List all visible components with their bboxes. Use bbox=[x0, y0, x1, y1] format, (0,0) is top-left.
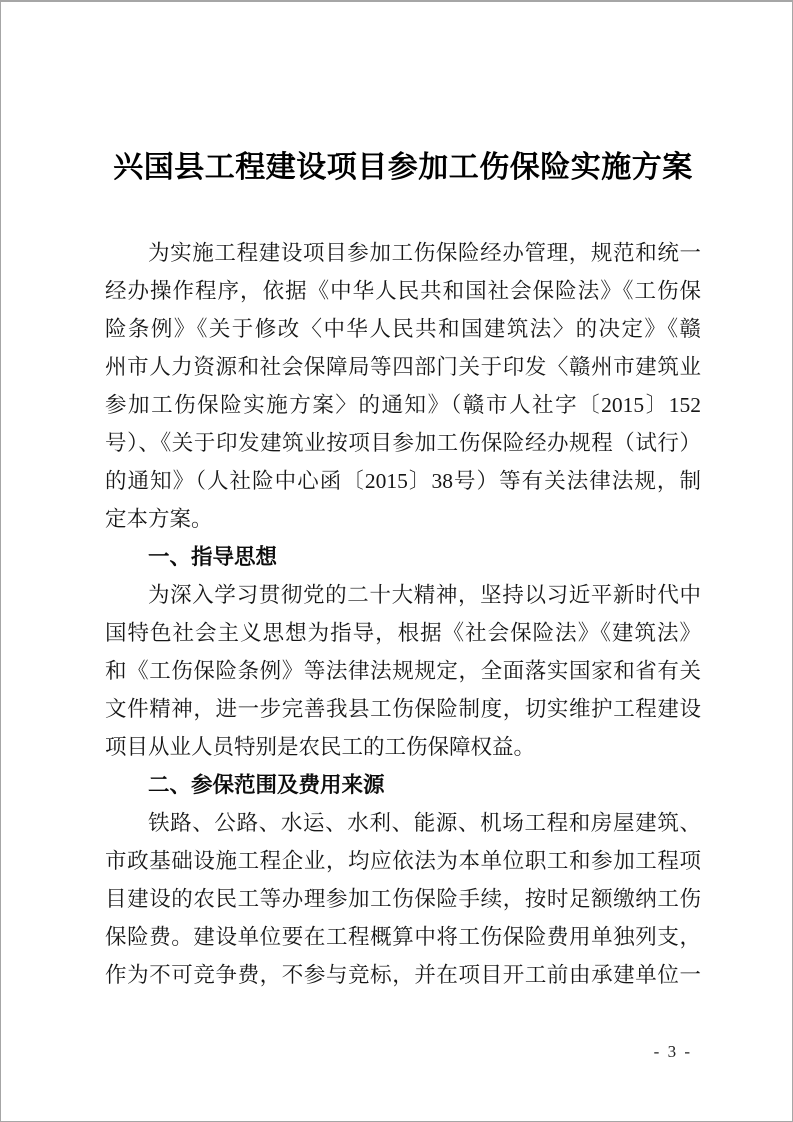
text-line: 为深入学习贯彻党的二十大精神，坚持以习近平新时代中 bbox=[105, 576, 701, 614]
text-line: 铁路、公路、水运、水利、能源、机场工程和房屋建筑、 bbox=[105, 804, 701, 842]
text-line: 定本方案。 bbox=[105, 500, 701, 538]
text-line: 的通知》（人社险中心函〔2015〕38号）等有关法律法规，制 bbox=[105, 462, 701, 500]
paragraph-coverage-scope: 铁路、公路、水运、水利、能源、机场工程和房屋建筑、 市政基础设施工程企业，均应依… bbox=[105, 804, 701, 994]
text-line: 参加工伤保险实施方案〉的通知》（赣市人社字〔2015〕152 bbox=[105, 386, 701, 424]
section-heading-coverage-scope: 二、参保范围及费用来源 bbox=[105, 766, 701, 804]
paragraph-guiding-ideology: 为深入学习贯彻党的二十大精神，坚持以习近平新时代中 国特色社会主义思想为指导，根… bbox=[105, 576, 701, 766]
section-heading-guiding-ideology: 一、指导思想 bbox=[105, 538, 701, 576]
document-title: 兴国县工程建设项目参加工伤保险实施方案 bbox=[105, 148, 701, 188]
text-line: 号）、《关于印发建筑业按项目参加工伤保险经办规程（试行） bbox=[105, 424, 701, 462]
text-line: 市政基础设施工程企业，均应依法为本单位职工和参加工程项 bbox=[105, 842, 701, 880]
text-line: 国特色社会主义思想为指导，根据《社会保险法》《建筑法》 bbox=[105, 614, 701, 652]
document-page: 兴国县工程建设项目参加工伤保险实施方案 为实施工程建设项目参加工伤保险经办管理，… bbox=[0, 0, 793, 1122]
text-line: 州市人力资源和社会保障局等四部门关于印发〈赣州市建筑业 bbox=[105, 348, 701, 386]
text-line: 项目从业人员特别是农民工的工伤保障权益。 bbox=[105, 728, 701, 766]
text-line: 经办操作程序，依据《中华人民共和国社会保险法》《工伤保 bbox=[105, 272, 701, 310]
text-line: 和《工伤保险条例》等法律法规规定，全面落实国家和省有关 bbox=[105, 652, 701, 690]
text-line: 为实施工程建设项目参加工伤保险经办管理，规范和统一 bbox=[105, 234, 701, 272]
page-number: - 3 - bbox=[654, 1042, 692, 1062]
text-line: 险条例》《关于修改〈中华人民共和国建筑法〉的决定》《赣 bbox=[105, 310, 701, 348]
text-line: 目建设的农民工等办理参加工伤保险手续，按时足额缴纳工伤 bbox=[105, 880, 701, 918]
text-line: 作为不可竞争费，不参与竞标，并在项目开工前由承建单位一 bbox=[105, 956, 701, 994]
text-line: 保险费。建设单位要在工程概算中将工伤保险费用单独列支， bbox=[105, 918, 701, 956]
text-line: 文件精神，进一步完善我县工伤保险制度，切实维护工程建设 bbox=[105, 690, 701, 728]
document-body: 为实施工程建设项目参加工伤保险经办管理，规范和统一 经办操作程序，依据《中华人民… bbox=[105, 234, 701, 994]
paragraph-intro: 为实施工程建设项目参加工伤保险经办管理，规范和统一 经办操作程序，依据《中华人民… bbox=[105, 234, 701, 538]
document-content: 兴国县工程建设项目参加工伤保险实施方案 为实施工程建设项目参加工伤保险经办管理，… bbox=[1, 148, 792, 994]
